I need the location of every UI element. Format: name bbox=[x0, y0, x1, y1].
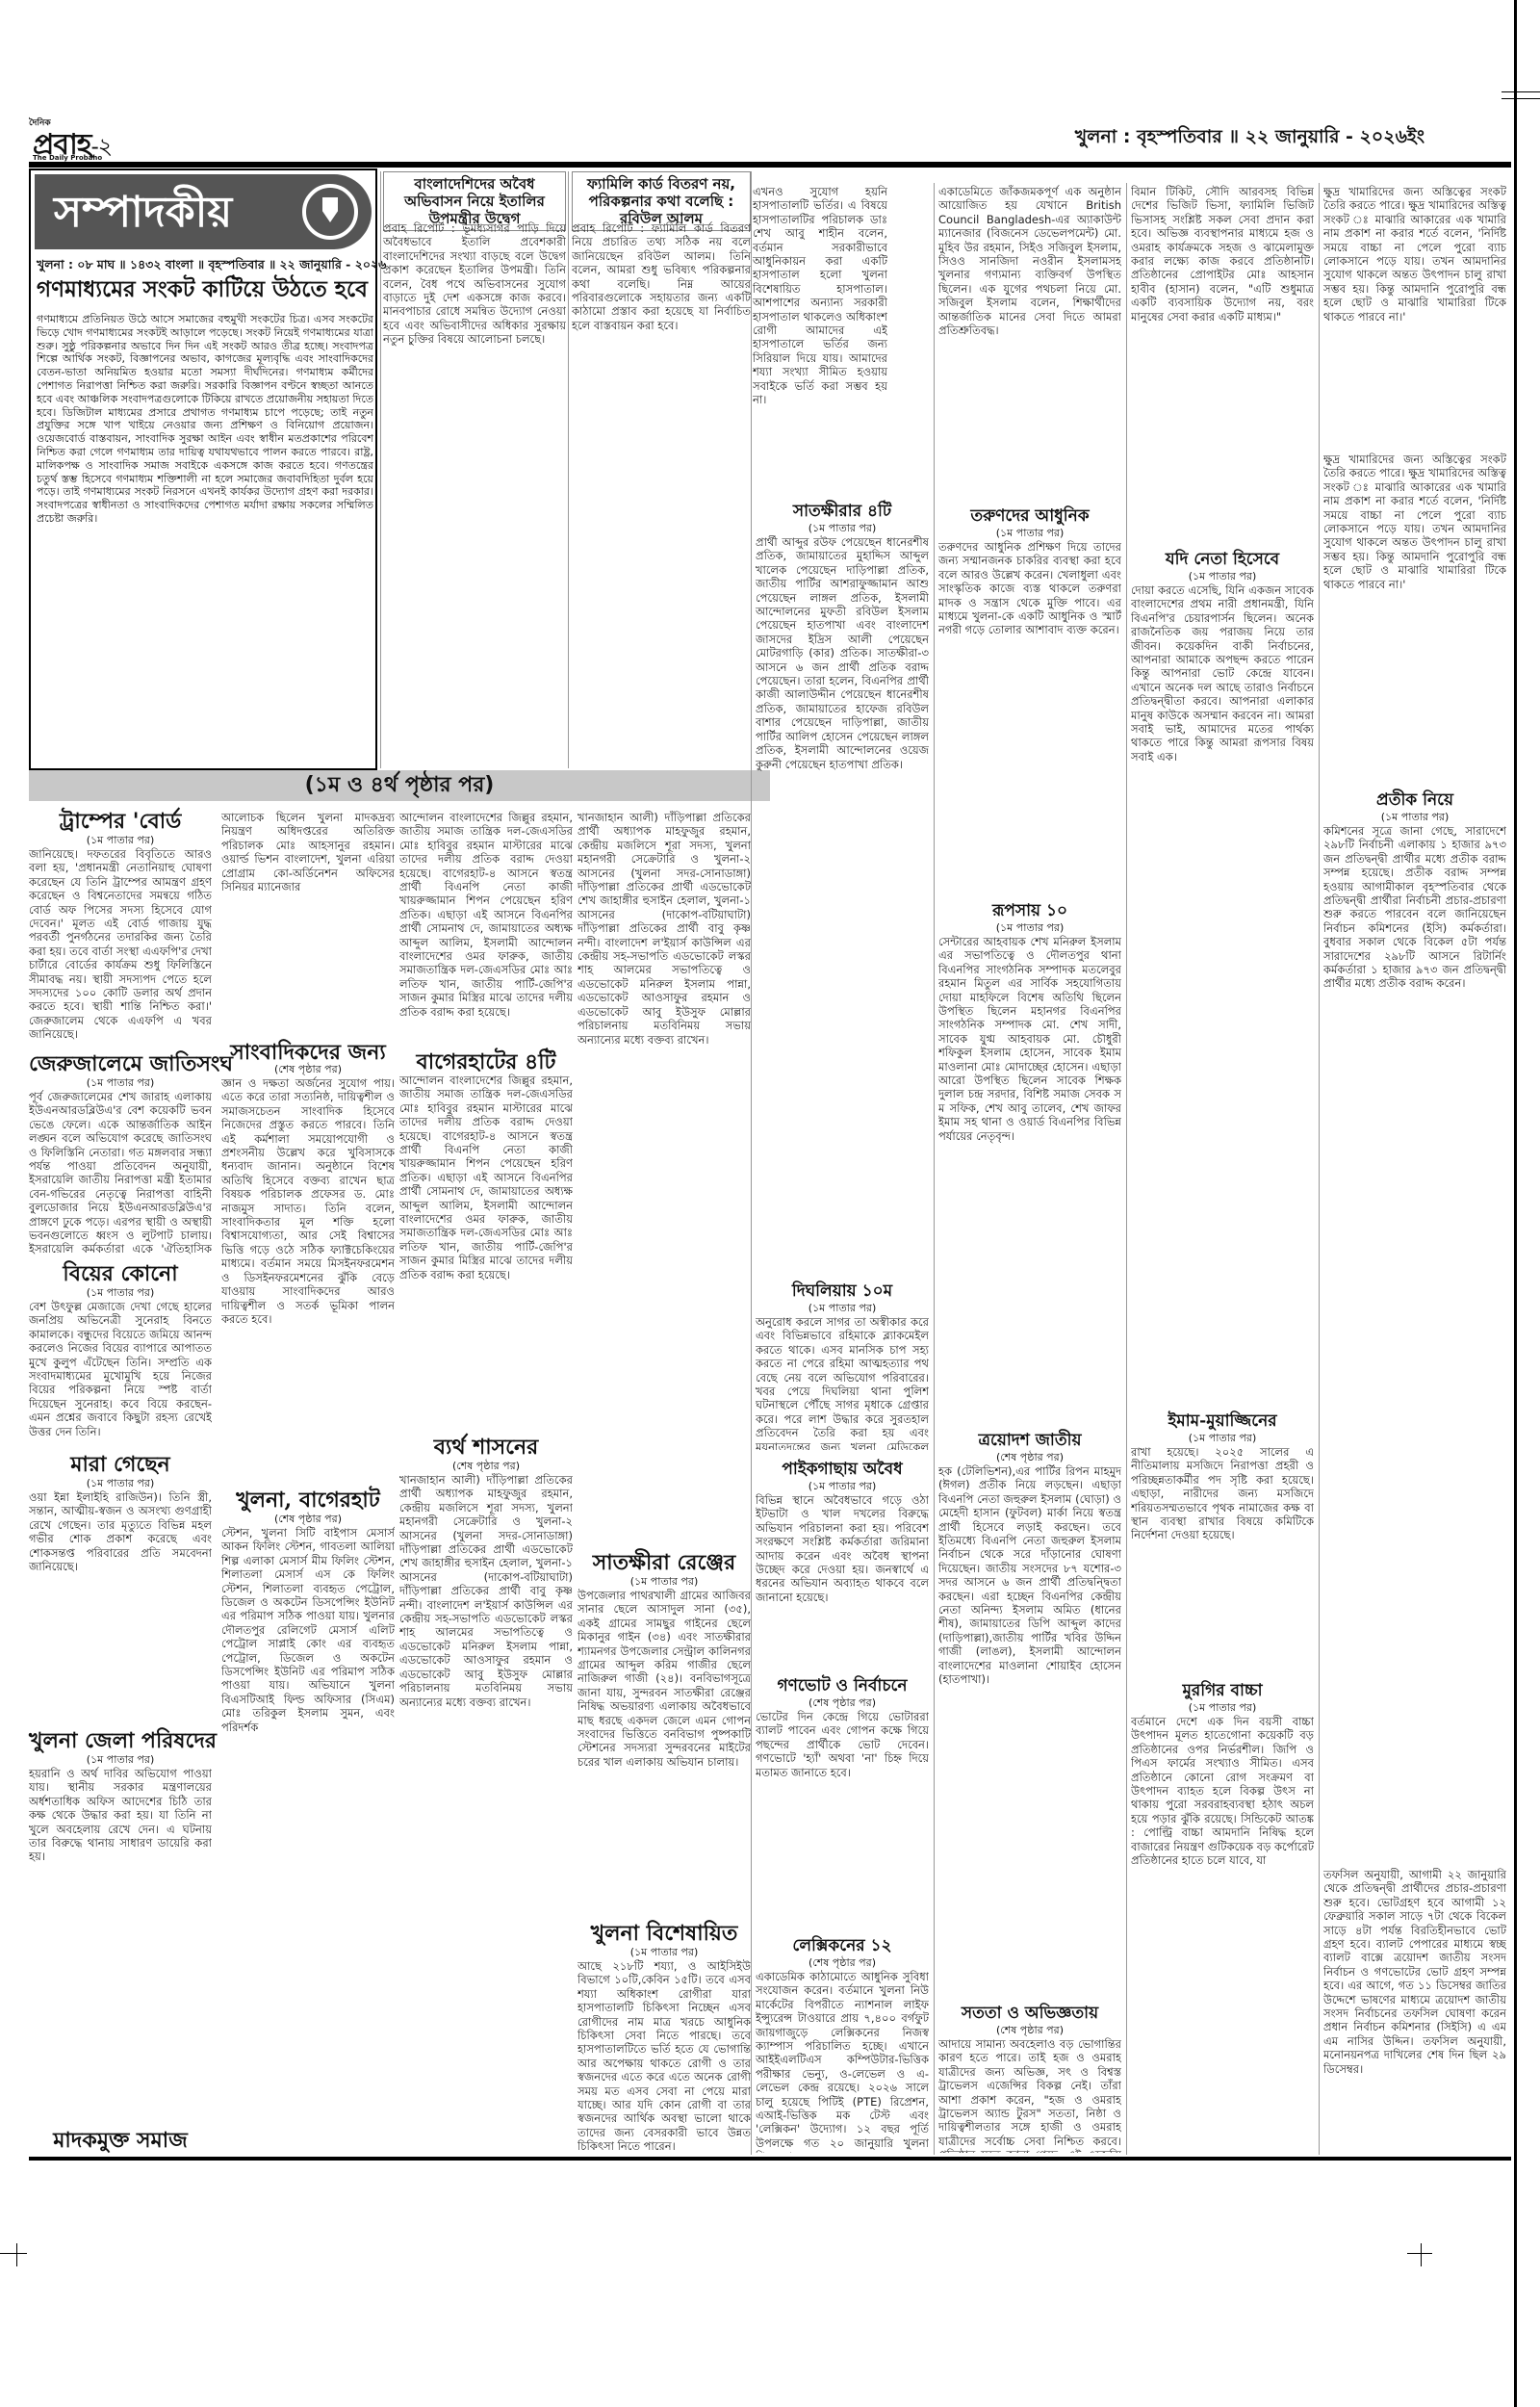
crop-mark bbox=[16, 2243, 17, 2266]
article-body-bagerhat-4: আন্দোলন বাংলাদেশের জিল্লুর রহমান, জাতীয়… bbox=[399, 1074, 573, 1430]
article-body-lexicon-top: একাডেমিতে জাঁকজমকপূর্ণ এক অনুষ্ঠান আয়োজ… bbox=[938, 185, 1121, 493]
subhead: (১ম পাতার পর) bbox=[1131, 570, 1314, 582]
headline-bagerhat-4: বাগেরহাটের ৪টি bbox=[399, 1049, 573, 1074]
subhead: (শেষ পৃষ্ঠার পর) bbox=[938, 1451, 1121, 1463]
headline-youth-modern: তরুণদের আধুনিক bbox=[938, 505, 1121, 527]
headline-journalists: সাংবাদিকদের জন্য bbox=[221, 1040, 395, 1065]
subhead: (১ম পাতার পর) bbox=[1131, 1701, 1314, 1714]
subhead: (শেষ পৃষ্ঠার পর) bbox=[221, 1063, 395, 1075]
headline-failed-rule: ব্যর্থ শাসনের bbox=[399, 1435, 573, 1460]
subhead: (শেষ পৃষ্ঠার পর) bbox=[756, 1956, 929, 1969]
article-body-drug-free: আলোচক ছিলেন খুলনা মাদকদ্রব্য নিয়ন্ত্রণ … bbox=[221, 811, 395, 1042]
bottom-rule bbox=[29, 2157, 1511, 2161]
headline-honesty-experience: সততা ও অভিজ্ঞতায় bbox=[938, 2003, 1121, 2024]
headline-dighalia: দিঘলিয়ায় ১০ম bbox=[756, 1281, 929, 1302]
editorial-dateline: খুলনা : ০৮ মাঘ ॥ ১৪৩২ বাংলা ॥ বৃহস্পতিবা… bbox=[37, 257, 373, 276]
article-body-district-council: হয়রানি ও অর্থ দাবির অভিযোগ পাওয়া যায়।… bbox=[29, 1767, 212, 2123]
article-body-italy-migration: প্রবাহ রিপোর্ট : ভূমধ্যসাগর পাড়ি দিয়ে … bbox=[383, 221, 566, 770]
article-body-lexicon-12: একাডেমিক কাঠামোতে আধুনিক সুবিধা সংযোজন ক… bbox=[756, 1970, 929, 2153]
subhead: (১ম পাতার পর) bbox=[756, 1480, 929, 1492]
continuation-bar: (১ম ও ৪র্থ পৃষ্ঠার পর) bbox=[29, 770, 770, 801]
article-body-trump-board: জানিয়েছে। দফতরের বিবৃতিতে আরও বলা হয়, … bbox=[29, 847, 212, 1049]
article-body-family-card: প্রবাহ রিপোর্ট : ফ্যামিলি কার্ড বিতরণ নি… bbox=[572, 221, 751, 770]
subhead: (১ম পাতার পর) bbox=[29, 1286, 212, 1299]
headline-district-council: খুলনা জেলা পরিষদের bbox=[29, 1728, 212, 1753]
article-body-schedule: তফসিল অনুযায়ী, আগামী ২২ জানুয়ারি থেকে … bbox=[1323, 1868, 1506, 2152]
headline-lexicon-12: লেক্সিকনের ১২ bbox=[756, 1935, 929, 1956]
article-body-if-leader: দোয়া করতে এসেছি, যিনি একজন সাবেক বাংলাদ… bbox=[1131, 583, 1314, 1354]
headline-imam-muazzin: ইমাম-মুয়াজ্জিনের bbox=[1131, 1411, 1314, 1432]
headline-paikgachha: পাইকগাছায় অবৈধ bbox=[756, 1459, 929, 1480]
crop-mark bbox=[0, 2253, 27, 2254]
headline-symbol: প্রতীক নিয়ে bbox=[1323, 789, 1506, 811]
column-rule bbox=[1319, 183, 1320, 2155]
article-body-dighalia: অনুরোধ করলে সাগর তা অস্বীকার করে এবং বিভ… bbox=[756, 1315, 929, 1450]
subhead: (১ম পাতার পর) bbox=[577, 1946, 751, 1958]
article-body-poultry-cont: ক্ষুদ্র খামারিদের জন্য অস্তিত্বের সংকট ত… bbox=[1323, 453, 1506, 785]
article-body-honesty-experience: আদায়ে সামান্য অবহেলাও বড় ভোগান্তির কার… bbox=[938, 2037, 1121, 2153]
article-body-khulna-bagerhat: স্টেশন, খুলনা সিটি বাইপাস মেসার্স আকন ফি… bbox=[221, 1526, 395, 2152]
column-rule bbox=[380, 171, 381, 768]
article-body-journalists: জ্ঞান ও দক্ষতা অর্জনের সুযোগ পায়। এতে ক… bbox=[221, 1076, 395, 1486]
subhead: (শেষ পৃষ্ঠার পর) bbox=[938, 2024, 1121, 2036]
headline-rupsha-10: রূপসায় ১০ bbox=[938, 900, 1121, 921]
headline-13th-national: ত্রয়োদশ জাতীয় bbox=[938, 1430, 1121, 1451]
subhead: (১ম পাতার পর) bbox=[1323, 811, 1506, 823]
subhead: (শেষ পৃষ্ঠার পর) bbox=[221, 1513, 395, 1525]
headline-khulna-specialized: খুলনা বিশেষায়িত bbox=[577, 1921, 751, 1946]
article-body-satkhira-4: প্রার্থী আব্দুর রউফ পেয়েছেন ধানেরশীষ প্… bbox=[756, 535, 929, 1094]
editorial-banner: সম্পাদকীয় bbox=[35, 174, 372, 249]
headline-chicks: মুরগির বাচ্চা bbox=[1131, 1680, 1314, 1701]
page-dateline: খুলনা : বৃহস্পতিবার ॥ ২২ জানুয়ারি - ২০২… bbox=[1075, 123, 1424, 154]
subhead: (১ম পাতার পর) bbox=[29, 1477, 212, 1489]
article-body-khulna-specialized: আছে ২১৮টি শয্যা, ও আইসিইউ বিভাগে ১০টি,কে… bbox=[577, 1959, 751, 2152]
subhead: (১ম পাতার পর) bbox=[938, 921, 1121, 934]
subhead: (১ম পাতার পর) bbox=[938, 527, 1121, 539]
headline-satkhira-range: সাতক্ষীরা রেঞ্জের bbox=[577, 1550, 751, 1575]
headline-drug-free: মাদকমুক্ত সমাজ bbox=[29, 2128, 212, 2153]
article-body-col4-top: খানজাহান আলী) দাঁড়িপাল্লা প্রতিকের প্রা… bbox=[577, 811, 751, 1475]
subhead: (১ম পাতার পর) bbox=[29, 1753, 212, 1766]
headline-trump-board: ট্রাম্পের 'বোর্ড bbox=[29, 809, 212, 834]
crop-mark bbox=[1501, 91, 1540, 92]
subhead: (শেষ পৃষ্ঠার পর) bbox=[399, 1460, 573, 1472]
subhead: (১ম পাতার পর) bbox=[756, 522, 929, 534]
article-body-chicks: বর্তমানে দেশে এক দিন বয়সী বাচ্চা উৎপাদন… bbox=[1131, 1715, 1314, 2153]
masthead: দৈনিক প্রবাহ-২ The Daily Probaho bbox=[29, 116, 173, 162]
article-body-failed-rule: খানজাহান আলী) দাঁড়িপাল্লা প্রতিকের প্রা… bbox=[399, 1473, 573, 2152]
article-body-jerusalem-un: পূর্ব জেরুজালেমের শেখ জারাহ এলাকায় ইউএন… bbox=[29, 1090, 212, 1255]
article-body-youth-modern: তরুণদের আধুনিক প্রশিক্ষণ দিয়ে তাদের জন্… bbox=[938, 540, 1121, 896]
headline-referendum: গণভোট ও নির্বাচনে bbox=[756, 1675, 929, 1696]
column-rule bbox=[1126, 183, 1127, 2155]
article-body-rupsha-10: সেন্টারের আহবায়ক শেখ মনিরুল ইসলাম এর সভ… bbox=[938, 935, 1121, 1426]
article-body-satkhira-range: উপজেলার পাথরখালী গ্রামের আজিবর সানার ছেল… bbox=[577, 1589, 751, 1916]
headline-khulna-bagerhat: খুলনা, বাগেরহাট bbox=[221, 1488, 395, 1513]
subhead: (১ম পাতার পর) bbox=[1131, 1432, 1314, 1444]
article-body-paikgachha: বিভিন্ন স্থানে অবৈধভাবে গড়ে ওঠা ইটভাটা … bbox=[756, 1493, 929, 1667]
article-body-13th-national: হক (টেলিভিশন),এর পার্টির রিপন মাহমুদ (ঈগ… bbox=[938, 1464, 1121, 1999]
article-body-hajj-top: বিমান টিকিট, সৌদি আরবসহ বিভিন্ন দেশের ভি… bbox=[1131, 185, 1314, 445]
editorial-body: গণমাধ্যমে প্রতিনিয়ত উঠে আসে সমাজের বহুম… bbox=[37, 313, 373, 765]
column-rule bbox=[934, 183, 935, 2155]
subhead: (১ম পাতার পর) bbox=[577, 1575, 751, 1588]
crop-mark bbox=[1407, 2253, 1432, 2254]
article-body-symbol: কমিশনের সূত্রে জানা গেছে, সারাদেশে ২৯৮টি… bbox=[1323, 824, 1506, 1864]
top-rule bbox=[29, 162, 1511, 168]
crop-mark bbox=[1501, 98, 1540, 99]
crop-mark bbox=[1421, 2243, 1422, 2266]
fountain-pen-icon bbox=[302, 184, 358, 240]
headline-satkhira-4: সাতক্ষীরার ৪টি bbox=[756, 501, 929, 522]
article-body-passed-away: ওয়া ইন্না ইলাইহি রাজিউন)। তিনি স্ত্রী, … bbox=[29, 1490, 212, 1721]
column-rule bbox=[568, 171, 569, 768]
editorial-box: সম্পাদকীয় খুলনা : ০৮ মাঘ ॥ ১৪৩২ বাংলা ॥… bbox=[29, 168, 377, 770]
headline-if-leader: যদি নেতা হিসেবে bbox=[1131, 549, 1314, 570]
subhead: (শেষ পৃষ্ঠার পর) bbox=[756, 1696, 929, 1709]
article-body-wedding: বেশ উৎফুল্ল মেজাজে দেখা গেছে হালের জনপ্র… bbox=[29, 1300, 212, 1444]
subhead: (১ম পাতার পর) bbox=[29, 834, 212, 846]
editorial-headline: গণমাধ্যমের সংকট কাটিয়ে উঠতে হবে bbox=[37, 276, 373, 303]
margin-line bbox=[1514, 0, 1517, 2407]
logo-english: The Daily Probaho bbox=[33, 154, 102, 162]
headline-wedding: বিয়ের কোনো bbox=[29, 1261, 212, 1286]
headline-passed-away: মারা গেছেন bbox=[29, 1452, 212, 1477]
editorial-title: সম্পাদকীয় bbox=[54, 180, 232, 250]
article-body-bagerhat-4-pre: আন্দোলন বাংলাদেশের জিল্লুর রহমান, জাতীয়… bbox=[399, 811, 573, 1042]
subhead: (১ম পাতার পর) bbox=[756, 1302, 929, 1314]
article-body-imam-muazzin: রাখা হয়েছে। ২০২৫ সালের এ নীতিমালায় মসজ… bbox=[1131, 1445, 1314, 1676]
article-body-poultry-top: ক্ষুদ্র খামারিদের জন্য অস্তিত্বের সংকট ত… bbox=[1323, 185, 1506, 445]
headline-jerusalem-un: জেরুজালেমে জাতিসংঘ bbox=[29, 1051, 212, 1076]
article-body-hospital-top: এখনও সুযোগ হয়নি হাসপাতালটি ভর্তির। এ বি… bbox=[753, 185, 887, 493]
column-rule bbox=[751, 171, 752, 2155]
subhead: (১ম পাতার পর) bbox=[29, 1076, 212, 1089]
article-body-referendum: ভোটের দিন কেন্দ্রে গিয়ে ভোটাররা ব্যালট … bbox=[756, 1710, 929, 1931]
